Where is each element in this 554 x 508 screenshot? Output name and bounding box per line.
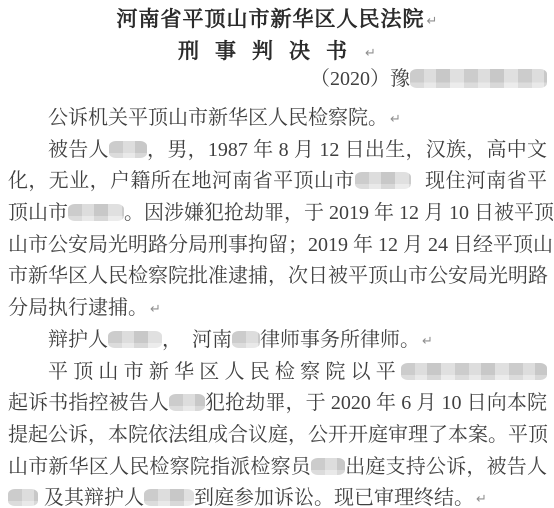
doc-line: 起诉书指控被告人犯抢劫罪，于 2020 年 6 月 10 日向本院 (8, 388, 547, 420)
court-name-line: 河南省平顶山市新华区人民法院↵ (0, 6, 554, 34)
doc-line: 山市公安局光明路分局刑事拘留；2019 年 12 月 24 日经平顶山 (8, 230, 547, 262)
text-run: 。因涉嫌犯抢劫罪，于 2019 年 12 月 10 日被平顶 (124, 202, 554, 224)
redacted-text (8, 489, 38, 506)
doc-line: 及其辩护人到庭参加诉讼。现已审理终结。↵ (8, 483, 547, 508)
redacted-text (311, 458, 345, 475)
text-run: 山市公安局光明路分局刑事拘留；2019 年 12 月 24 日经平顶山 (8, 234, 553, 256)
doc-line: 顶山市。因涉嫌犯抢劫罪，于 2019 年 12 月 10 日被平顶 (8, 198, 547, 230)
doc-line: 化，无业，户籍所在地河南省平顶山市现住河南省平 (8, 166, 547, 198)
doc-line: 山市新华区人民检察院指派检察员出庭支持公诉，被告人 (8, 452, 547, 484)
case-number-line: （2020）豫 (310, 66, 547, 92)
return-mark: ↵ (427, 14, 438, 29)
redacted-case-number (410, 69, 547, 88)
redacted-text (232, 331, 260, 348)
redacted-text (169, 394, 205, 411)
document-body: 公诉机关平顶山市新华区人民检察院。↵被告人，男，1987 年 8 月 12 日出… (8, 103, 547, 508)
judgment-document-page: 河南省平顶山市新华区人民法院↵ 刑事判决书↵ （2020）豫 公诉机关平顶山市新… (0, 0, 554, 508)
redacted-text (144, 489, 194, 506)
doc-line: 公诉机关平顶山市新华区人民检察院。↵ (8, 103, 547, 135)
text-run: 山市新华区人民检察院指派检察员 (8, 456, 311, 478)
court-name-text: 河南省平顶山市新华区人民法院 (117, 8, 425, 31)
spacer (182, 345, 192, 346)
text-run: 顶山市 (8, 202, 68, 224)
return-mark: ↵ (476, 492, 487, 507)
doc-line: 被告人，男，1987 年 8 月 12 日出生，汉族，高中文 (8, 135, 547, 167)
case-number-prefix: （2020）豫 (310, 68, 410, 90)
text-run: 起诉书指控被告人 (8, 392, 169, 414)
text-run: 河南 (192, 329, 232, 351)
text-run: 出庭支持公诉，被告人 (345, 456, 547, 478)
text-run: 到庭参加诉讼。现已审理终结。 (194, 487, 474, 508)
text-run: 辩护人 (48, 329, 108, 351)
text-run: 公诉机关平顶山市新华区人民检察院。 (48, 107, 388, 129)
text-run: 平顶山市新华区人民检察院以平 (48, 361, 401, 383)
text-run: 分局执行逮捕。 (8, 297, 148, 319)
redacted-text (355, 172, 411, 189)
document-title-line: 刑事判决书↵ (0, 38, 554, 66)
text-run: ，男，1987 年 8 月 12 日出生，汉族，高中文 (147, 139, 547, 161)
spacer (411, 186, 425, 187)
doc-line: 辩护人，河南律师事务所律师。↵ (8, 325, 547, 357)
return-mark: ↵ (422, 334, 433, 349)
return-mark: ↵ (390, 112, 401, 127)
text-run: 被告人 (48, 139, 109, 161)
text-run: 化，无业，户籍所在地河南省平顶山市 (8, 170, 355, 192)
redacted-text (109, 141, 147, 158)
doc-line: 平顶山市新华区人民检察院以平 (8, 357, 547, 389)
doc-line: 分局执行逮捕。↵ (8, 293, 547, 325)
redacted-text (401, 363, 547, 380)
text-run: 提起公诉，本院依法组成合议庭，公开开庭审理了本案。平顶 (8, 424, 548, 446)
redacted-text (68, 204, 124, 221)
text-run: 律师事务所律师。 (260, 329, 420, 351)
redacted-text (108, 331, 162, 348)
document-title-text: 刑事判决书 (178, 40, 363, 63)
doc-line: 市新华区人民检察院批准逮捕，次日被平顶山市公安局光明路 (8, 261, 547, 293)
text-run: 市新华区人民检察院批准逮捕，次日被平顶山市公安局光明路 (8, 265, 548, 287)
return-mark: ↵ (150, 302, 161, 317)
text-run: 现住河南省平 (425, 170, 547, 192)
text-run: 犯抢劫罪，于 2020 年 6 月 10 日向本院 (205, 392, 547, 414)
text-run: ， (162, 329, 182, 351)
return-mark: ↵ (365, 46, 376, 61)
doc-line: 提起公诉，本院依法组成合议庭，公开开庭审理了本案。平顶 (8, 420, 547, 452)
text-run: 及其辩护人 (44, 487, 144, 508)
